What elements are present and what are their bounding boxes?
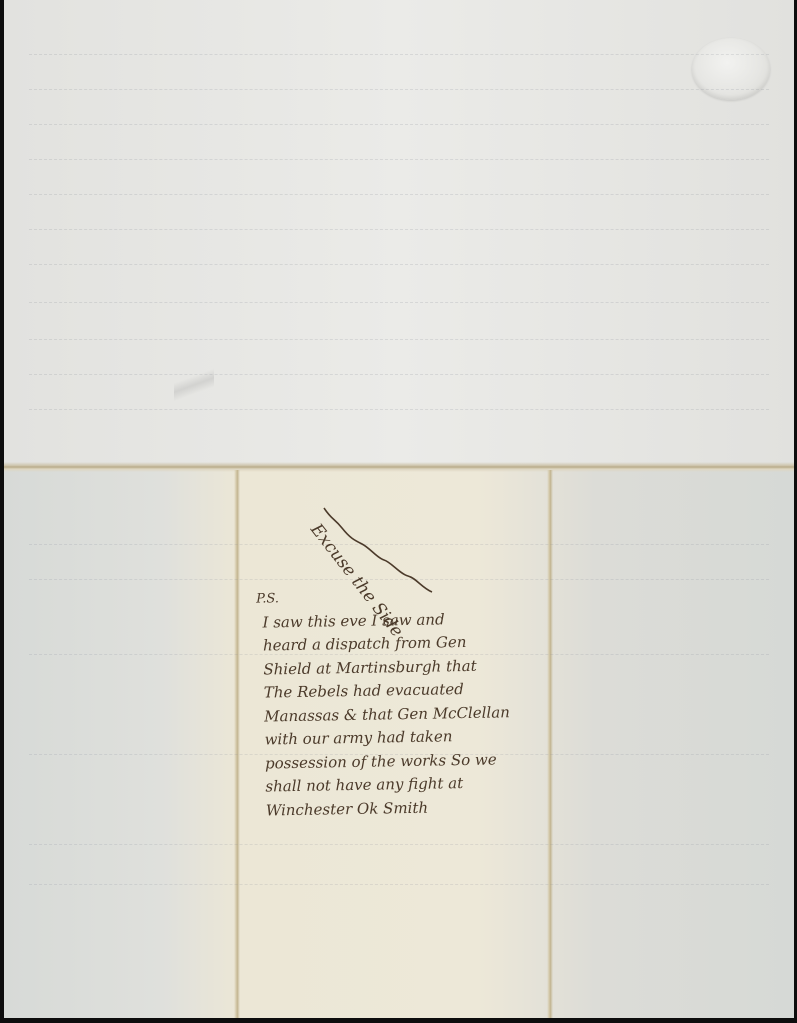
- horizontal-fold-line: [4, 462, 794, 472]
- letter-page: Excuse the Side P.S. I saw this eve I sa…: [4, 0, 794, 1018]
- postscript-block: P.S. I saw this eve I saw and heard a di…: [262, 582, 556, 822]
